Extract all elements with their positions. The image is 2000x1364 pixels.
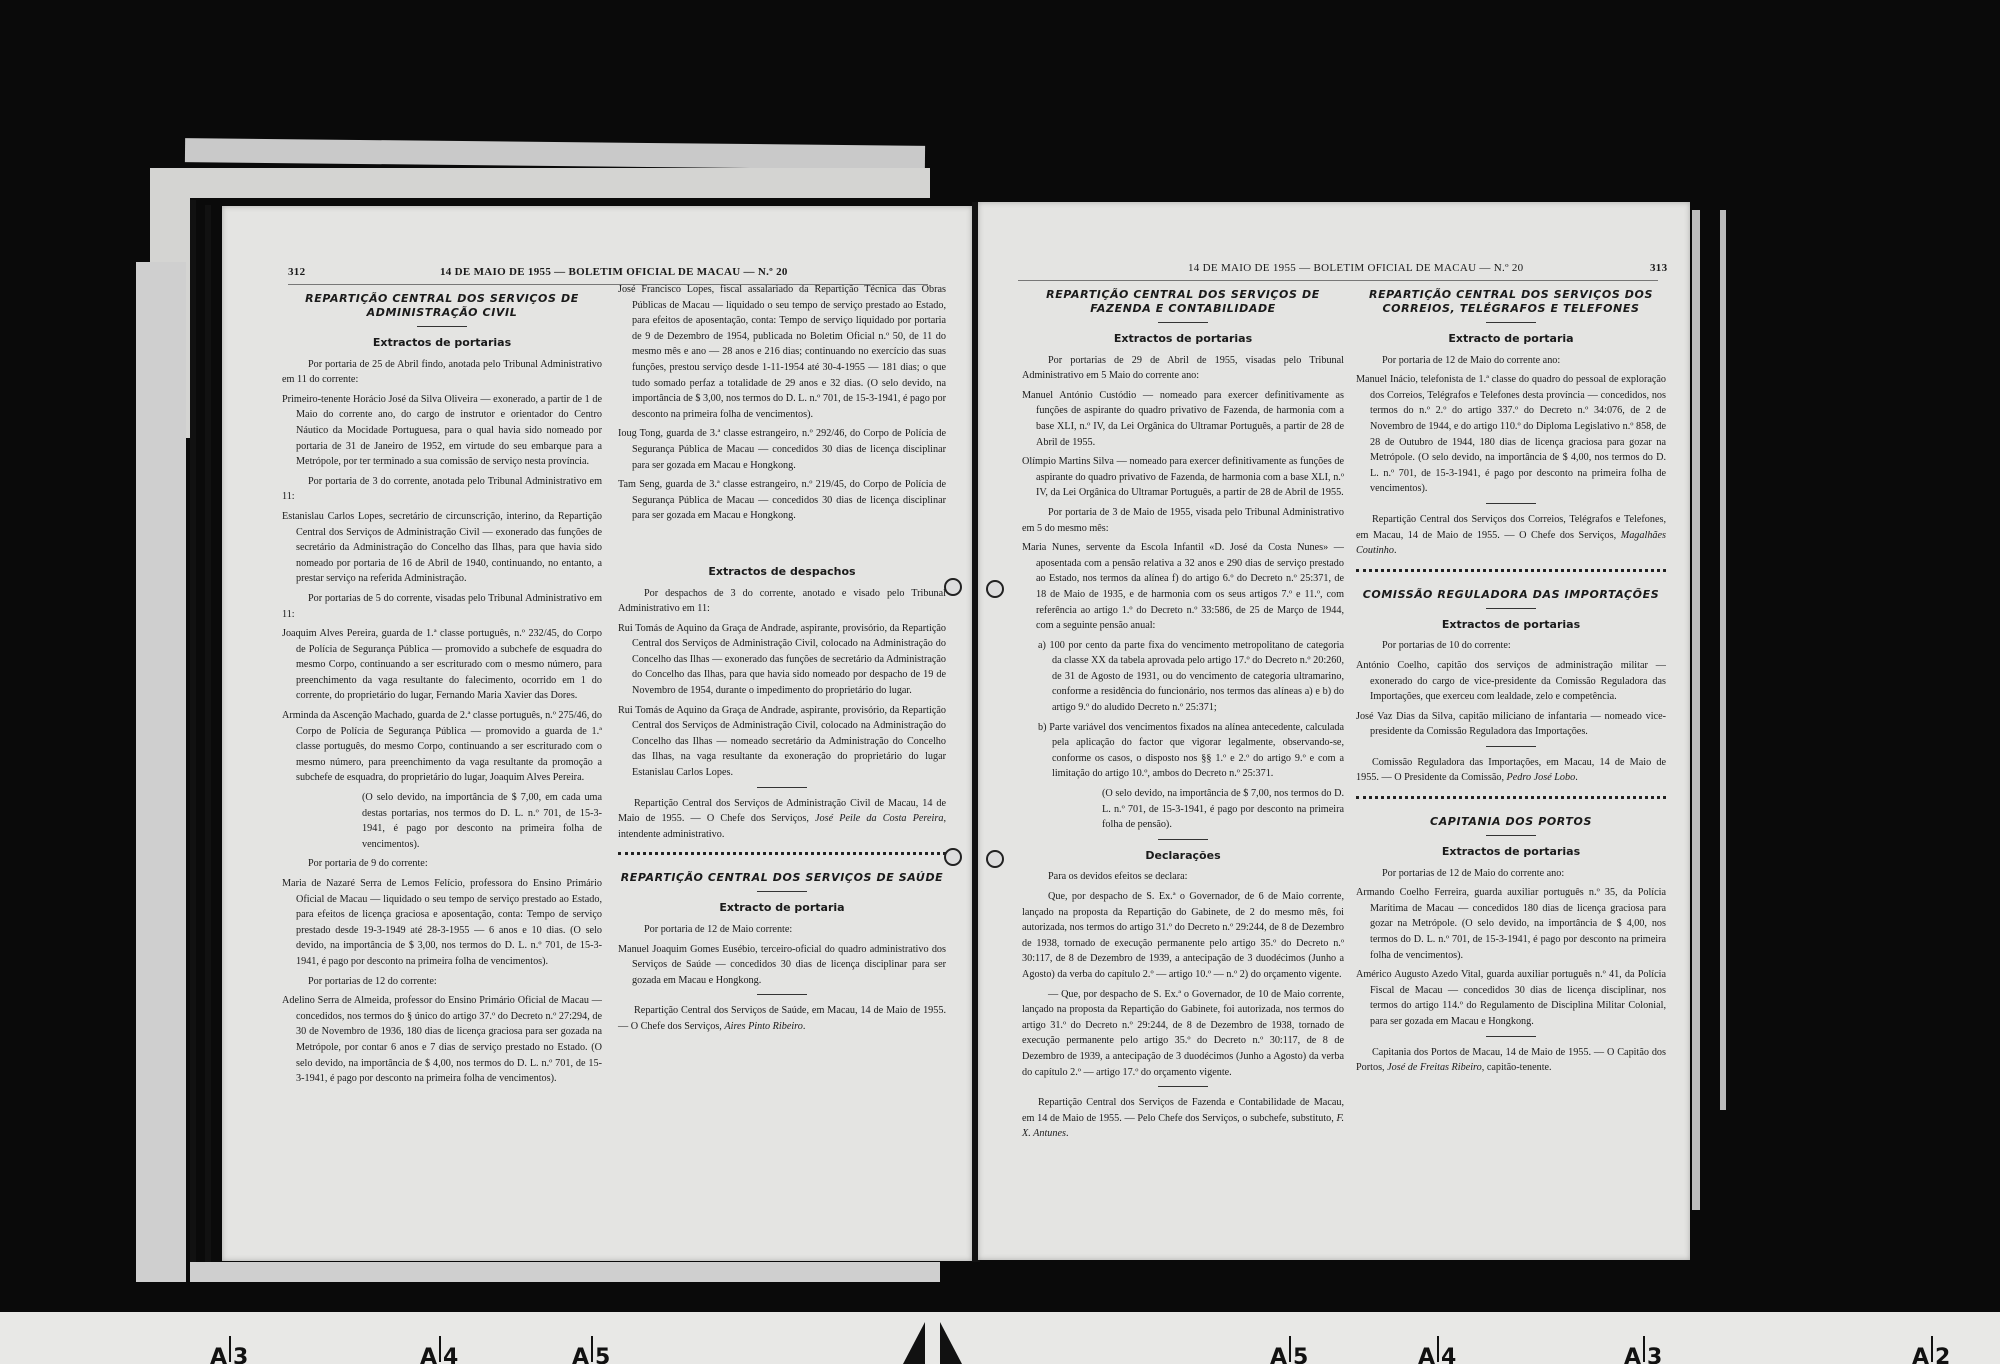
running-head-text: 14 DE MAIO DE 1955 — BOLETIM OFICIAL DE … xyxy=(1188,262,1523,274)
film-marker: A3 xyxy=(210,1336,248,1364)
center-arrow-right-icon xyxy=(940,1322,962,1364)
film-marker: A2 xyxy=(1912,1336,1950,1364)
section-heading: Extractos de portarias xyxy=(1356,617,1666,633)
portaria-entry: Américo Augusto Azedo Vital, guarda auxi… xyxy=(1356,967,1666,1029)
intro-paragraph: Por portaria de 9 do corrente: xyxy=(282,856,602,872)
intro-paragraph: Por portarias de 12 do corrente: xyxy=(282,974,602,990)
punch-hole xyxy=(944,848,962,866)
signature: Comissão Reguladora das Importações, em … xyxy=(1356,755,1666,786)
signature-suffix: . xyxy=(1066,1128,1069,1139)
section-heading: Extracto de portaria xyxy=(618,900,946,916)
short-rule xyxy=(1486,746,1536,747)
short-rule xyxy=(1158,322,1208,323)
signature: Capitania dos Portos de Macau, 14 de Mai… xyxy=(1356,1045,1666,1076)
page-stack-line xyxy=(190,200,196,1280)
paper-edge-top xyxy=(185,138,925,170)
short-rule xyxy=(1486,503,1536,504)
signature-suffix: . xyxy=(803,1021,806,1032)
paper-edge-left-2 xyxy=(136,262,186,1282)
department-heading: Repartição Central dos Serviços de Fazen… xyxy=(1022,288,1344,316)
portaria-entry: Joaquim Alves Pereira, guarda de 1.ª cla… xyxy=(282,626,602,704)
section-divider xyxy=(1356,796,1666,805)
page-number: 313 xyxy=(1650,262,1667,274)
short-rule xyxy=(757,994,807,995)
signature: Repartição Central dos Serviços dos Corr… xyxy=(1356,512,1666,559)
portaria-entry: Manuel Inácio, telefonista de 1.ª classe… xyxy=(1356,372,1666,497)
blocks: Por portarias de 12 de Maio do corrente … xyxy=(1356,866,1666,1030)
page-number: 312 xyxy=(288,266,305,278)
intro-paragraph: Para os devidos efeitos se declara: xyxy=(1022,869,1344,885)
paper-edge-top-2 xyxy=(150,168,930,198)
signatory-name: José Peile da Costa Pereira xyxy=(815,813,943,824)
portaria-entry: Maria Nunes, servente da Escola Infantil… xyxy=(1022,540,1344,634)
intro-paragraph: Por portaria de 12 de Maio do corrente a… xyxy=(1356,353,1666,369)
blocks: Por portaria de 25 de Abril findo, anota… xyxy=(282,357,602,1087)
sub-clause: a) 100 por cento da parte fixa do vencim… xyxy=(1022,638,1344,716)
portaria-entry: Maria de Nazaré Serra de Lemos Felício, … xyxy=(282,876,602,970)
paper-edge-bottom xyxy=(190,1262,940,1282)
blocks: Por despachos de 3 do corrente, anotado … xyxy=(618,586,946,781)
intro-paragraph: Por portaria de 3 de Maio de 1955, visad… xyxy=(1022,505,1344,536)
department-heading: Repartição Central dos Serviços de Saúde xyxy=(618,871,946,885)
department-heading: Repartição Central dos Serviços dos Corr… xyxy=(1356,288,1666,316)
intro-paragraph: Por portaria de 25 de Abril findo, anota… xyxy=(282,357,602,388)
signature-text: Repartição Central dos Serviços de Fazen… xyxy=(1022,1097,1344,1124)
blocks: Por portarias de 29 de Abril de 1955, vi… xyxy=(1022,353,1344,833)
portaria-entry: António Coelho, capitão dos serviços de … xyxy=(1356,658,1666,705)
blocks: Para os devidos efeitos se declara:Que, … xyxy=(1022,869,1344,1080)
short-rule xyxy=(417,326,467,327)
left-column-1: Repartição Central dos Serviços de Admin… xyxy=(282,288,602,1091)
intro-paragraph: Por portaria de 3 do corrente, anotada p… xyxy=(282,474,602,505)
film-marker: A3 xyxy=(1624,1336,1662,1364)
section-heading: Extractos de portarias xyxy=(1022,331,1344,347)
left-column-2: José Francisco Lopes, fiscal assalariado… xyxy=(618,282,946,1039)
short-rule xyxy=(757,787,807,788)
blocks: Por portaria de 12 de Maio corrente:Manu… xyxy=(618,922,946,988)
stamp-duty-note: (O selo devido, na importância de $ 7,00… xyxy=(1022,786,1344,833)
running-head-text: 14 DE MAIO DE 1955 — BOLETIM OFICIAL DE … xyxy=(440,266,788,278)
punch-hole xyxy=(944,578,962,596)
intro-paragraph: Por portarias de 10 do corrente: xyxy=(1356,638,1666,654)
film-marker: A4 xyxy=(420,1336,458,1364)
portaria-entry: Manuel Joaquim Gomes Eusébio, terceiro-o… xyxy=(618,942,946,989)
portaria-entry: José Francisco Lopes, fiscal assalariado… xyxy=(618,282,946,422)
right-page: 14 DE MAIO DE 1955 — BOLETIM OFICIAL DE … xyxy=(978,202,1690,1260)
film-marker: A4 xyxy=(1418,1336,1456,1364)
signature-suffix: . xyxy=(1575,772,1578,783)
section-heading: Extractos de portarias xyxy=(1356,844,1666,860)
blocks: Por portarias de 10 do corrente:António … xyxy=(1356,638,1666,740)
department-heading: Comissão Reguladora das Importações xyxy=(1356,588,1666,602)
portaria-entry: Rui Tomás de Aquino da Graça de Andrade,… xyxy=(618,621,946,699)
header-rule xyxy=(1018,280,1658,281)
signature: Repartição Central dos Serviços de Admin… xyxy=(618,796,946,843)
center-arrow-left-icon xyxy=(903,1322,925,1364)
section-divider xyxy=(618,852,946,861)
punch-hole xyxy=(986,580,1004,598)
signatory-name: Pedro José Lobo xyxy=(1507,772,1576,783)
intro-paragraph: Por despachos de 3 do corrente, anotado … xyxy=(618,586,946,617)
short-rule xyxy=(1158,839,1208,840)
punch-hole xyxy=(986,850,1004,868)
intro-paragraph: Por portarias de 5 do corrente, visadas … xyxy=(282,591,602,622)
signatory-name: Aires Pinto Ribeiro xyxy=(724,1021,802,1032)
portaria-entry: Primeiro-tenente Horácio José da Silva O… xyxy=(282,392,602,470)
portaria-entry: Manuel António Custódio — nomeado para e… xyxy=(1022,388,1344,450)
section-heading: Declarações xyxy=(1022,848,1344,864)
portaria-entry: Tam Seng, guarda de 3.ª classe estrangei… xyxy=(618,477,946,524)
signature: Repartição Central dos Serviços de Saúde… xyxy=(618,1003,946,1034)
film-strip xyxy=(0,1312,2000,1364)
portaria-entry: Adelino Serra de Almeida, professor do E… xyxy=(282,993,602,1087)
portaria-entry: Armando Coelho Ferreira, guarda auxiliar… xyxy=(1356,885,1666,963)
section-divider xyxy=(1356,569,1666,578)
short-rule xyxy=(1486,608,1536,609)
signatory-name: José de Freitas Ribeiro xyxy=(1387,1062,1482,1073)
intro-paragraph: Por portaria de 12 de Maio corrente: xyxy=(618,922,946,938)
portaria-entry: José Vaz Dias da Silva, capitão milician… xyxy=(1356,709,1666,740)
left-page: 312 14 DE MAIO DE 1955 — BOLETIM OFICIAL… xyxy=(222,206,972,1261)
intro-paragraph: Que, por despacho de S. Ex.ª o Governado… xyxy=(1022,889,1344,983)
signature: Repartição Central dos Serviços de Fazen… xyxy=(1022,1095,1344,1142)
page-stack-line-2 xyxy=(205,205,211,1280)
right-column-2: Repartição Central dos Serviços dos Corr… xyxy=(1356,284,1666,1080)
intro-paragraph: Por portarias de 12 de Maio do corrente … xyxy=(1356,866,1666,882)
paper-edge-right-2 xyxy=(1720,210,1726,1110)
section-heading: Extractos de portarias xyxy=(282,335,602,351)
portaria-entry: Arminda da Ascenção Machado, guarda de 2… xyxy=(282,708,602,786)
paper-edge-right xyxy=(1692,210,1700,1210)
signature-suffix: . xyxy=(1394,545,1397,556)
blocks: José Francisco Lopes, fiscal assalariado… xyxy=(618,282,946,524)
portaria-entry: Estanislau Carlos Lopes, secretário de c… xyxy=(282,509,602,587)
portaria-entry: Ioug Tong, guarda de 3.ª classe estrange… xyxy=(618,426,946,473)
short-rule xyxy=(1486,1036,1536,1037)
portaria-entry: Olímpio Martins Silva — nomeado para exe… xyxy=(1022,454,1344,501)
intro-paragraph: Por portarias de 29 de Abril de 1955, vi… xyxy=(1022,353,1344,384)
signature-text: Repartição Central dos Serviços dos Corr… xyxy=(1356,514,1666,541)
short-rule xyxy=(1486,835,1536,836)
section-heading: Extracto de portaria xyxy=(1356,331,1666,347)
section-heading: Extractos de despachos xyxy=(618,564,946,580)
short-rule xyxy=(757,891,807,892)
department-heading: Capitania dos Portos xyxy=(1356,815,1666,829)
intro-paragraph: — Que, por despacho de S. Ex.ª o Governa… xyxy=(1022,987,1344,1081)
blocks: Por portaria de 12 de Maio do corrente a… xyxy=(1356,353,1666,497)
film-marker: A5 xyxy=(1270,1336,1308,1364)
film-marker: A5 xyxy=(572,1336,610,1364)
short-rule xyxy=(1486,322,1536,323)
stamp-duty-note: (O selo devido, na importância de $ 7,00… xyxy=(282,790,602,852)
portaria-entry: Rui Tomás de Aquino da Graça de Andrade,… xyxy=(618,703,946,781)
signature-suffix: , capitão-tenente. xyxy=(1482,1062,1552,1073)
department-heading: Repartição Central dos Serviços de Admin… xyxy=(282,292,602,320)
right-column-1: Repartição Central dos Serviços de Fazen… xyxy=(1022,284,1344,1146)
sub-clause: b) Parte variável dos vencimentos fixado… xyxy=(1022,720,1344,782)
short-rule xyxy=(1158,1086,1208,1087)
